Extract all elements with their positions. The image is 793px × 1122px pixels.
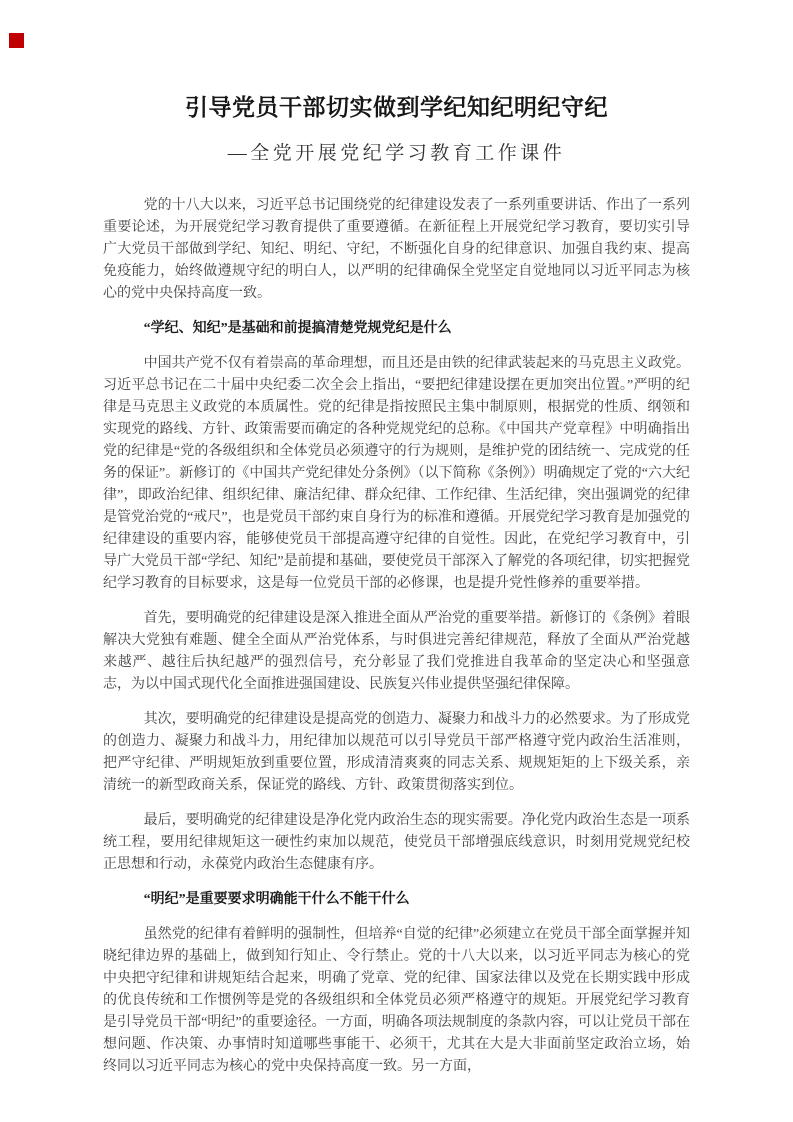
red-square-marker	[9, 33, 24, 48]
document-subtitle: —全党开展党纪学习教育工作课件	[103, 141, 690, 167]
paragraph-second-point: 其次，要明确党的纪律建设是提高党的创造力、凝聚力和战斗力的必然要求。为了形成党的…	[103, 709, 690, 797]
section-heading-mingji: “明纪”是重要要求明确能干什么不能干什么	[103, 889, 690, 911]
paragraph-intro: 党的十八大以来，习近平总书记围绕党的纪律建设发表了一系列重要讲话、作出了一系列重…	[103, 195, 690, 305]
paragraph-mingji-body: 虽然党的纪律有着鲜明的强制性，但培养“自觉的纪律”必须建立在党员干部全面掌握并知…	[103, 924, 690, 1078]
paragraph-last-point: 最后，要明确党的纪律建设是净化党内政治生态的现实需要。净化党内政治生态是一项系统…	[103, 810, 690, 876]
paragraph-first-point: 首先，要明确党的纪律建设是深入推进全面从严治党的重要举措。新修订的《条例》着眼解…	[103, 608, 690, 696]
document-page: 引导党员干部切实做到学纪知纪明纪守纪 —全党开展党纪学习教育工作课件 党的十八大…	[0, 0, 793, 1122]
section-heading-xueji-zhiji: “学纪、知纪”是基础和前提搞清楚党规党纪是什么	[103, 318, 690, 340]
document-body: 党的十八大以来，习近平总书记围绕党的纪律建设发表了一系列重要讲话、作出了一系列重…	[103, 195, 690, 1078]
document-title: 引导党员干部切实做到学纪知纪明纪守纪	[103, 92, 690, 124]
paragraph-party-discipline-overview: 中国共产党不仅有着崇高的革命理想，而且还是由铁的纪律武装起来的马克思主义政党。习…	[103, 353, 690, 595]
